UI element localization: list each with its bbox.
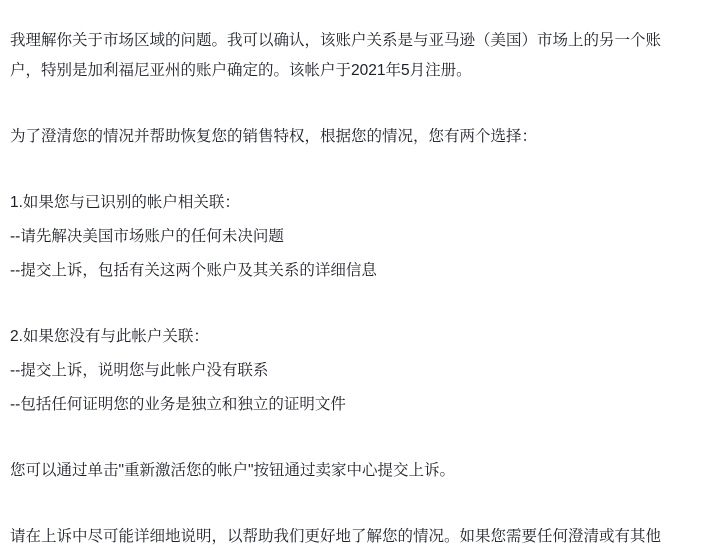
message-body: 我理解你关于市场区域的问题。我可以确认，该账户关系是与亚马逊（美国）市场上的另一… (0, 0, 702, 550)
option-2-step-1: --提交上诉，说明您与此帐户没有联系 (10, 356, 690, 386)
appeal-instruction-text: 您可以通过单击"重新激活您的帐户"按钮通过卖家中心提交上诉。 (10, 456, 690, 486)
option-2-step-2: --包括任何证明您的业务是独立和独立的证明文件 (10, 390, 690, 420)
options-intro-text: 为了澄清您的情况并帮助恢复您的销售特权，根据您的情况，您有两个选择： (10, 122, 690, 152)
option-2-heading: 2.如果您没有与此帐户关联： (10, 322, 690, 352)
account-confirmation-text: 我理解你关于市场区域的问题。我可以确认，该账户关系是与亚马逊（美国）市场上的另一… (10, 26, 690, 86)
closing-text: 请在上诉中尽可能详细地说明，以帮助我们更好地了解您的情况。如果您需要任何澄清或有… (10, 522, 690, 550)
option-1-step-1: --请先解决美国市场账户的任何未决问题 (10, 222, 690, 252)
option-1-heading: 1.如果您与已识别的帐户相关联： (10, 188, 690, 218)
option-1-step-2: --提交上诉，包括有关这两个账户及其关系的详细信息 (10, 256, 690, 286)
